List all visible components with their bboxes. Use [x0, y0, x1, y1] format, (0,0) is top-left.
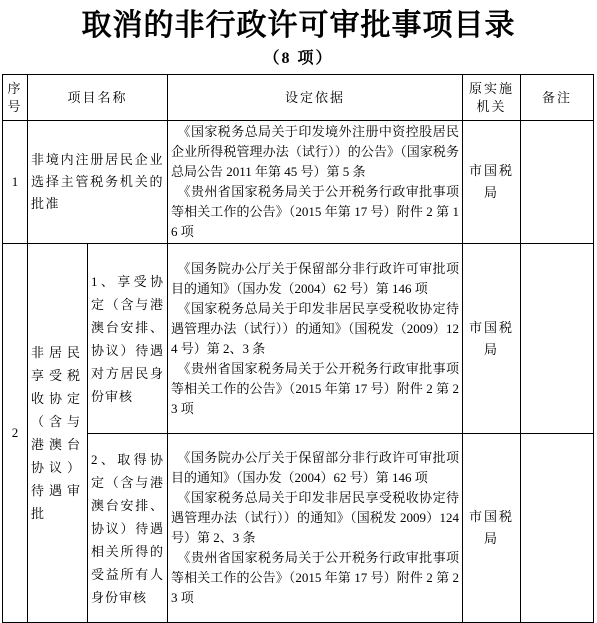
document-page: 取消的非行政许可审批事项目录 （8 项） 序号 项目名称 设定依据 原实施机关 … [0, 0, 597, 623]
row2a-basis-cell: 《国务院办公厅关于保留部分非行政许可审批项目的通知》（国办发（2004）62 号… [168, 244, 463, 434]
basis-paragraph: 《贵州省国家税务局关于公开税务行政审批事项等相关工作的公告》（2015 年第 1… [171, 548, 459, 608]
table-row-2a: 2 非居民享受税收协定（含与港澳台协议）待遇审批 1、享受协定（含与港澳台安排、… [3, 244, 594, 434]
basis-paragraph: 《贵州省国家税务局关于公开税务行政审批事项等相关工作的公告》（2015 年第 1… [171, 182, 459, 242]
table-row-1: 1 非境内注册居民企业选择主管税务机关的批准 《国家税务总局关于印发境外注册中资… [3, 121, 594, 244]
basis-paragraph: 《国家税务总局关于印发非居民享受税收协定待遇管理办法（试行））的通知》（国税发 … [171, 488, 459, 548]
col-header-index: 序号 [3, 75, 28, 121]
row2a-agency-cell: 市国税局 [463, 244, 521, 434]
basis-paragraph: 《国家税务总局关于印发非居民享受税收协定待遇管理办法（试行））的通知》（国税发（… [171, 299, 459, 359]
basis-paragraph: 《国家税务总局关于印发境外注册中资控股居民企业所得税管理办法（试行））的公告》（… [171, 122, 459, 182]
table-row-2b: 2、取得协定（含与港澳台安排、协议）待遇相关所得的受益所有人身份审核 《国务院办… [3, 434, 594, 623]
row1-basis-cell: 《国家税务总局关于印发境外注册中资控股居民企业所得税管理办法（试行））的公告》（… [168, 121, 463, 244]
row2b-basis-cell: 《国务院办公厅关于保留部分非行政许可审批项目的通知》（国办发（2004）62 号… [168, 434, 463, 623]
row2-project-name-cell: 非居民享受税收协定（含与港澳台协议）待遇审批 [28, 244, 88, 623]
row2-index-cell: 2 [3, 244, 28, 623]
row1-remark-cell [521, 121, 594, 244]
row2a-subitem-name-cell: 1、享受协定（含与港澳台安排、协议）待遇对方居民身份审核 [88, 244, 168, 434]
basis-paragraph: 《贵州省国家税务局关于公开税务行政审批事项等相关工作的公告》（2015 年第 1… [171, 359, 459, 419]
row1-agency-cell: 市国税局 [463, 121, 521, 244]
row1-project-name-cell: 非境内注册居民企业选择主管税务机关的批准 [28, 121, 168, 244]
page-subtitle: （8 项） [0, 48, 597, 70]
page-title: 取消的非行政许可审批事项目录 [0, 6, 597, 46]
row1-index-cell: 1 [3, 121, 28, 244]
row2b-agency-cell: 市国税局 [463, 434, 521, 623]
col-header-remark: 备注 [521, 75, 594, 121]
col-header-agency: 原实施机关 [463, 75, 521, 121]
header-row: 序号 项目名称 设定依据 原实施机关 备注 [3, 75, 594, 121]
catalog-table: 序号 项目名称 设定依据 原实施机关 备注 1 非境内注册居民企业选择主管税务机… [2, 74, 594, 623]
row2b-subitem-name-cell: 2、取得协定（含与港澳台安排、协议）待遇相关所得的受益所有人身份审核 [88, 434, 168, 623]
basis-paragraph: 《国务院办公厅关于保留部分非行政许可审批项目的通知》（国办发（2004）62 号… [171, 448, 459, 488]
row2a-remark-cell [521, 244, 594, 434]
col-header-basis: 设定依据 [168, 75, 463, 121]
col-header-name: 项目名称 [28, 75, 168, 121]
row2b-remark-cell [521, 434, 594, 623]
basis-paragraph: 《国务院办公厅关于保留部分非行政许可审批项目的通知》（国办发（2004）62 号… [171, 259, 459, 299]
